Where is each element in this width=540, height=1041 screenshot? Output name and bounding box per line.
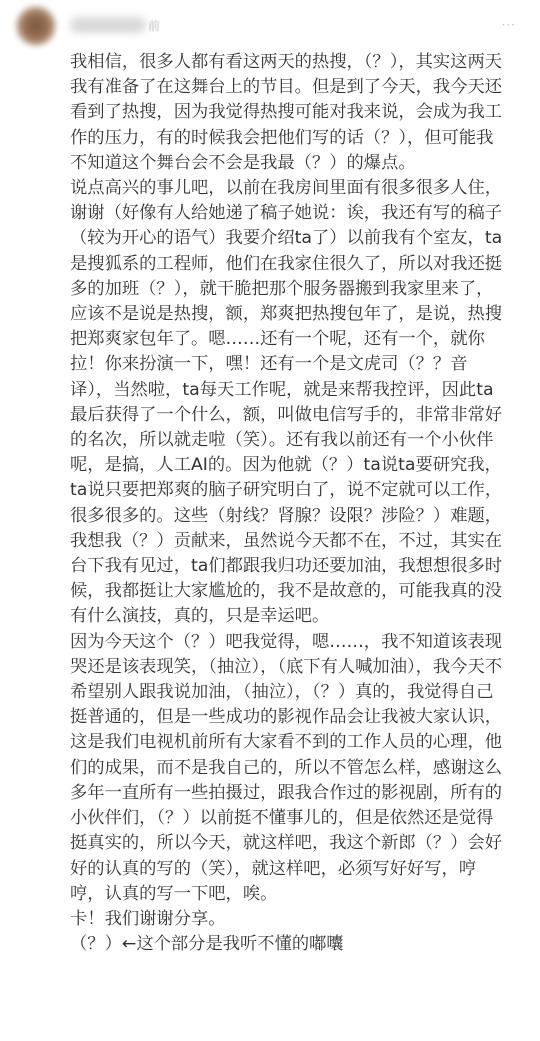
- avatar[interactable]: [16, 6, 56, 46]
- paragraph-3: 因为今天这个（？）吧我觉得，嗯……，我不知道该表现哭还是该表现笑，（抽泣），（底…: [70, 630, 510, 907]
- paragraph-4: 卡！我们谢谢分享。: [70, 907, 510, 932]
- more-options-icon[interactable]: ···: [502, 18, 516, 32]
- paragraph-2: 说点高兴的事儿吧，以前在我房间里面有很多很多人住，谢谢（好像有人给她递了稿子她说…: [70, 176, 510, 630]
- username-blurred[interactable]: [70, 17, 146, 33]
- paragraph-5: （？）←这个部分是我听不懂的嘟囔: [70, 932, 510, 957]
- paragraph-1: 我相信，很多人都有看这两天的热搜，（？），其实这两天我有准备了在这舞台上的节目。…: [70, 50, 510, 176]
- post-body: 我相信，很多人都有看这两天的热搜，（？），其实这两天我有准备了在这舞台上的节目。…: [70, 50, 510, 957]
- post-timestamp: 前: [148, 17, 160, 34]
- post-header: 前 ···: [0, 0, 540, 52]
